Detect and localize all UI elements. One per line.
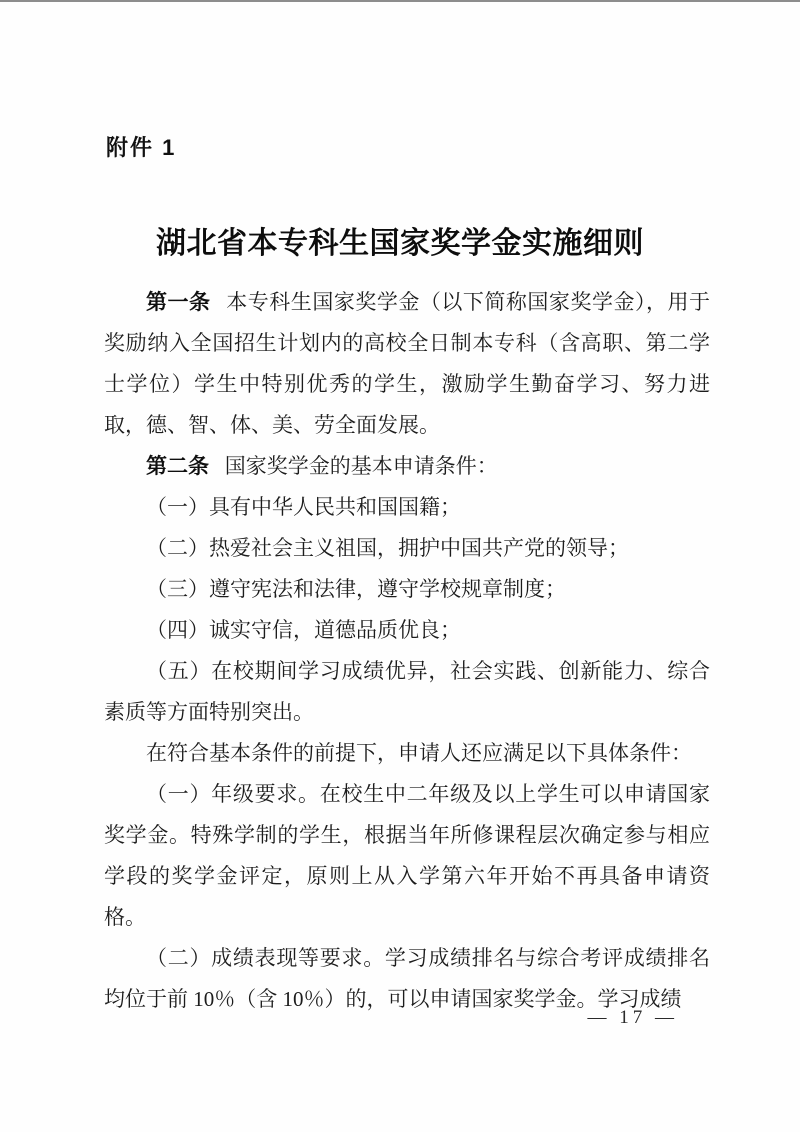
scan-top-edge	[0, 0, 800, 2]
article-number: 第一条	[146, 291, 211, 314]
paragraph-text: （五）在校期间学习成绩优异，社会实践、创新能力、综合素质等方面特别突出。	[104, 659, 710, 724]
attachment-label: 附件 1	[106, 131, 176, 162]
page-title: 湖北省本专科生国家奖学金实施细则	[0, 218, 800, 262]
paragraph-text: （四）诚实守信，道德品质优良；	[146, 618, 461, 642]
paragraph-specific-intro: 在符合基本条件的前提下，申请人还应满足以下具体条件：	[104, 733, 710, 774]
paragraph-condition-1: （一）具有中华人民共和国国籍；	[104, 487, 710, 528]
scanned-document-page: 附件 1 湖北省本专科生国家奖学金实施细则 第一条本专科生国家奖学金（以下简称国…	[0, 0, 800, 1132]
paragraph-article-1: 第一条本专科生国家奖学金（以下简称国家奖学金），用于奖励纳入全国招生计划内的高校…	[104, 282, 710, 446]
page-number: — 17 —	[588, 1007, 679, 1029]
paragraph-condition-2: （二）热爱社会主义祖国，拥护中国共产党的领导；	[104, 528, 710, 569]
paragraph-condition-3: （三）遵守宪法和法律，遵守学校规章制度；	[104, 569, 710, 610]
paragraph-text: 国家奖学金的基本申请条件：	[225, 454, 498, 478]
paragraph-condition-5: （五）在校期间学习成绩优异，社会实践、创新能力、综合素质等方面特别突出。	[104, 651, 710, 733]
paragraph-text: （二）热爱社会主义祖国，拥护中国共产党的领导；	[146, 536, 629, 560]
paragraph-text: （一）年级要求。在校生中二年级及以上学生可以申请国家奖学金。特殊学制的学生，根据…	[104, 782, 710, 929]
paragraph-specific-1: （一）年级要求。在校生中二年级及以上学生可以申请国家奖学金。特殊学制的学生，根据…	[104, 774, 710, 938]
paragraph-text: （二）成绩表现等要求。学习成绩排名与综合考评成绩排名均位于前 10％（含 10％…	[104, 946, 710, 1011]
article-number: 第二条	[146, 455, 209, 478]
paragraph-text: （一）具有中华人民共和国国籍；	[146, 495, 461, 519]
paragraph-text: （三）遵守宪法和法律，遵守学校规章制度；	[146, 577, 566, 601]
paragraph-text: 在符合基本条件的前提下，申请人还应满足以下具体条件：	[146, 741, 692, 765]
document-body: 第一条本专科生国家奖学金（以下简称国家奖学金），用于奖励纳入全国招生计划内的高校…	[104, 282, 710, 1020]
paragraph-article-2: 第二条国家奖学金的基本申请条件：	[104, 446, 710, 487]
paragraph-condition-4: （四）诚实守信，道德品质优良；	[104, 610, 710, 651]
